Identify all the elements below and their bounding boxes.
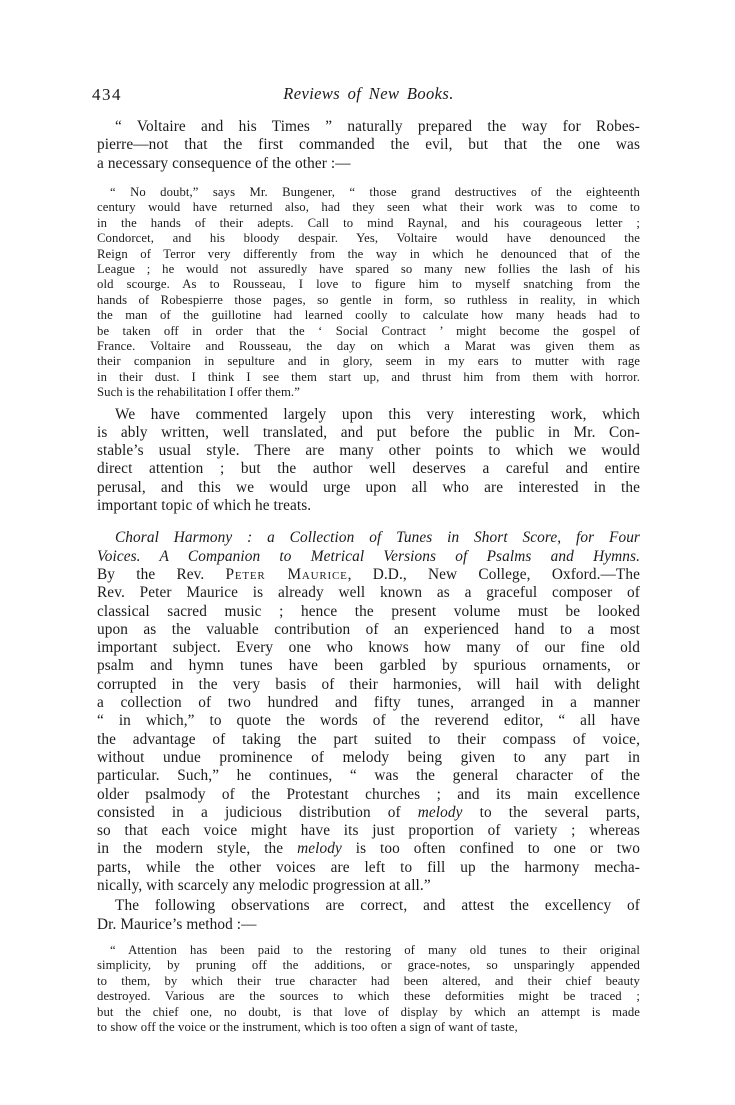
text-line: a necessary consequence of the other :— [97, 155, 640, 173]
book-page: 434 Reviews of New Books. “ Voltaire and… [0, 0, 735, 1105]
text-line: in the hands of their adepts. Call to mi… [97, 216, 640, 231]
text-line: to them, by which their true character h… [97, 974, 640, 989]
text-line: Voices. A Companion to Metrical Versions… [97, 548, 640, 566]
text-line: particular. Such,” he continues, “ was t… [97, 767, 640, 785]
text-line: be taken off in order that the ‘ Social … [97, 324, 640, 339]
text-line: important topic of which he treats. [97, 497, 640, 515]
text-line: psalm and hymn tunes have been garbled b… [97, 657, 640, 675]
text-line: Dr. Maurice’s method :— [97, 916, 640, 934]
page-header: 434 Reviews of New Books. [97, 84, 640, 104]
text-line: but the chief one, no doubt, is that lov… [97, 1005, 640, 1020]
text-line: upon as the valuable contribution of an … [97, 621, 640, 639]
block-quote: “ No doubt,” says Mr. Bungener, “ those … [97, 185, 640, 401]
text-line: nically, with scarcely any melodic progr… [97, 877, 640, 895]
text-line: By the Rev. Peter Maurice, D.D., New Col… [97, 566, 640, 584]
text-line: the man of the guillotine had learned co… [97, 308, 640, 323]
text-line: parts, while the other voices are left t… [97, 859, 640, 877]
text-line: their companion in sepulture and in glor… [97, 354, 640, 369]
text-line: direct attention ; but the author well d… [97, 460, 640, 478]
text-line: Choral Harmony : a Collection of Tunes i… [97, 529, 640, 547]
text-line: is ably written, well translated, and pu… [97, 424, 640, 442]
paragraph: Choral Harmony : a Collection of Tunes i… [97, 529, 640, 895]
text-line: “ Attention has been paid to the restori… [97, 943, 640, 958]
text-line: perusal, and this we would urge upon all… [97, 479, 640, 497]
text-line: in the modern style, the melody is too o… [97, 840, 640, 858]
block-quote: “ Attention has been paid to the restori… [97, 943, 640, 1035]
text-line: Condorcet, and his bloody despair. Yes, … [97, 231, 640, 246]
text-line: League ; he would not assuredly have spa… [97, 262, 640, 277]
text-line: “ Voltaire and his Times ” naturally pre… [97, 118, 640, 136]
text-line: “ No doubt,” says Mr. Bungener, “ those … [97, 185, 640, 200]
text-line: older psalmody of the Protestant churche… [97, 786, 640, 804]
text-line: a collection of two hundred and fifty tu… [97, 694, 640, 712]
text-line: The following observations are correct, … [97, 897, 640, 915]
running-title: Reviews of New Books. [97, 84, 640, 104]
paragraph: We have commented largely upon this very… [97, 406, 640, 516]
text-line: Rev. Peter Maurice is already well known… [97, 584, 640, 602]
paragraph: The following observations are correct, … [97, 897, 640, 934]
text-line: pierre—not that the first commanded the … [97, 136, 640, 154]
text-line: old scourge. As to Rousseau, I love to f… [97, 277, 640, 292]
text-line: in their dust. I think I see them start … [97, 370, 640, 385]
text-line: simplicity, by pruning off the additions… [97, 958, 640, 973]
text-line: Reign of Terror very differently from th… [97, 247, 640, 262]
text-line: stable’s usual style. There are many oth… [97, 442, 640, 460]
paragraph: “ Voltaire and his Times ” naturally pre… [97, 118, 640, 173]
text-line: hands of Robespierre those pages, so gen… [97, 293, 640, 308]
text-line: consisted in a judicious distribution of… [97, 804, 640, 822]
text-line: France. Voltaire and Rousseau, the day o… [97, 339, 640, 354]
text-line: Such is the rehabilitation I offer them.… [97, 385, 640, 400]
text-line: “ in which,” to quote the words of the r… [97, 712, 640, 730]
text-line: classical sacred music ; hence the prese… [97, 603, 640, 621]
text-line: destroyed. Various are the sources to wh… [97, 989, 640, 1004]
text-line: corrupted in the very basis of their har… [97, 676, 640, 694]
text-line: the advantage of taking the part suited … [97, 731, 640, 749]
text-line: without undue prominence of melody being… [97, 749, 640, 767]
text-line: We have commented largely upon this very… [97, 406, 640, 424]
text-line: century would have returned also, had th… [97, 200, 640, 215]
page-content: “ Voltaire and his Times ” naturally pre… [97, 118, 640, 1035]
text-line: important subject. Every one who knows h… [97, 639, 640, 657]
text-line: to show off the voice or the instrument,… [97, 1020, 640, 1035]
page-number: 434 [92, 85, 122, 105]
text-line: so that each voice might have its just p… [97, 822, 640, 840]
